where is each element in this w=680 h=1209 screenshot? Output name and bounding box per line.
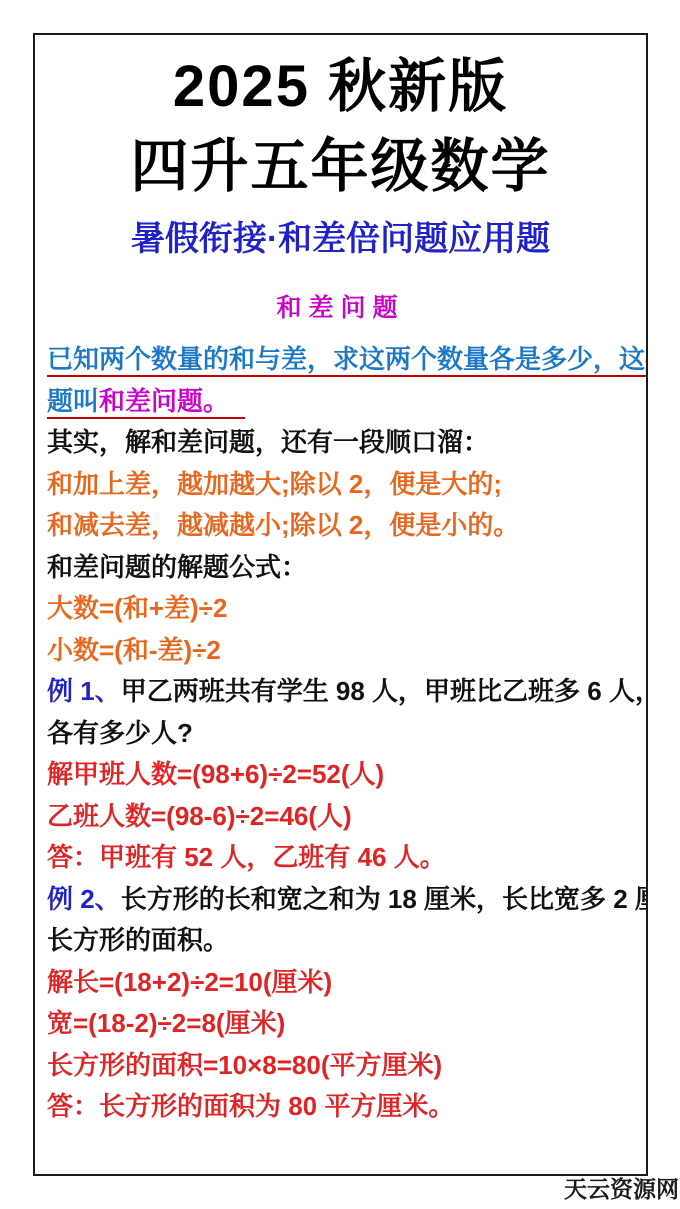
example1-question-line2: 各有多少人? — [47, 713, 634, 755]
main-title-line2: 四升五年级数学 — [35, 131, 646, 203]
rhyme-line2: 和减去差，越减越小;除以 2，便是小的。 — [47, 505, 634, 547]
watermark: 天云资源网 — [564, 1171, 679, 1204]
example1-label: 例 1、 — [47, 676, 121, 706]
section-heading: 和差问题 — [35, 293, 646, 323]
example1-solution-line2: 乙班人数=(98-6)÷2=46(人) — [47, 796, 634, 838]
definition-line1: 已知两个数量的和与差，求这两个数量各是多少，这类应用 — [47, 339, 634, 381]
definition-line2-blue-text: 题叫 — [47, 386, 99, 416]
example1-answer: 答：甲班有 52 人，乙班有 46 人。 — [47, 837, 634, 879]
example2-question-text1: 长方形的长和宽之和为 18 厘米，长比宽多 2 厘米，求 — [121, 884, 648, 914]
example2-question-line1: 例 2、长方形的长和宽之和为 18 厘米，长比宽多 2 厘米，求 — [47, 879, 634, 921]
formula-intro: 和差问题的解题公式： — [47, 547, 634, 589]
rhyme-intro: 其实，解和差问题，还有一段顺口溜： — [47, 422, 634, 464]
example2-solution-line1: 解长=(18+2)÷2=10(厘米) — [47, 962, 634, 1004]
example2-answer: 答：长方形的面积为 80 平方厘米。 — [47, 1086, 634, 1128]
rhyme-line1: 和加上差，越加越大;除以 2，便是大的; — [47, 464, 634, 506]
example1-solution-line1: 解甲班人数=(98+6)÷2=52(人) — [47, 754, 634, 796]
definition-line1-text: 已知两个数量的和与差，求这两个数量各是多少，这类应用 — [47, 344, 648, 374]
main-title-line1: 2025 秋新版 — [35, 51, 646, 123]
worksheet-page: { "page": { "title_line1": "2025 秋新版", "… — [0, 0, 680, 1209]
page-border-frame: 2025 秋新版 四升五年级数学 暑假衔接·和差倍问题应用题 和差问题 已知两个… — [33, 33, 648, 1176]
example2-question-line2: 长方形的面积。 — [47, 920, 634, 962]
example2-solution-line2: 宽=(18-2)÷2=8(厘米) — [47, 1003, 634, 1045]
example2-solution-line3: 长方形的面积=10×8=80(平方厘米) — [47, 1045, 634, 1087]
formula-small-number: 小数=(和-差)÷2 — [47, 630, 634, 672]
definition-line2-term: 和差问题。 — [99, 386, 229, 416]
subtitle: 暑假衔接·和差倍问题应用题 — [35, 217, 646, 261]
definition-line2: 题叫和差问题。 — [47, 381, 634, 423]
body-content: 已知两个数量的和与差，求这两个数量各是多少，这类应用 题叫和差问题。 其实，解和… — [35, 339, 646, 1128]
example1-question-line1: 例 1、甲乙两班共有学生 98 人，甲班比乙班多 6 人，求两班 — [47, 671, 634, 713]
example2-label: 例 2、 — [47, 884, 121, 914]
formula-big-number: 大数=(和+差)÷2 — [47, 588, 634, 630]
example1-question-text1: 甲乙两班共有学生 98 人，甲班比乙班多 6 人，求两班 — [121, 676, 648, 706]
